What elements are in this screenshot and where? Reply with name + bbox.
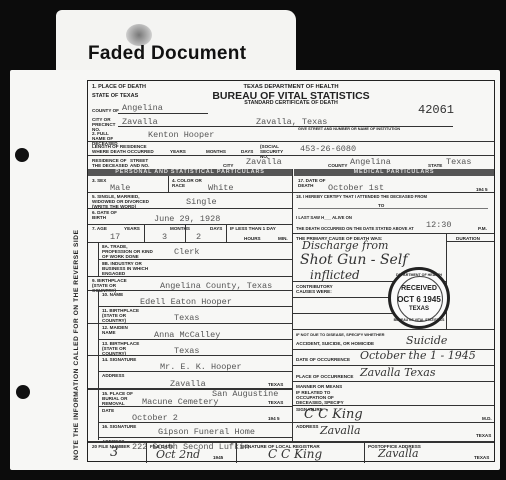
certificate-number: 42061: [418, 103, 454, 117]
accident-label: ACCIDENT, SUICIDE, OR HOMICIDE: [296, 341, 374, 346]
divider: [144, 224, 145, 242]
personal-section-header: PERSONAL AND STATISTICAL PARTICULARS: [88, 169, 292, 176]
divider: [168, 176, 169, 192]
residence-state: Texas: [446, 157, 472, 167]
divider: [98, 437, 292, 438]
informant-signature-label: 14. SIGNATURE: [102, 357, 136, 362]
death-occurred-label: THE DEATH OCCURRED ON THE DATE STATED AB…: [296, 226, 414, 231]
divider: [88, 208, 292, 209]
stamp-state: TEXAS: [391, 306, 447, 312]
divider: [364, 441, 365, 463]
burial-date-label: DATE: [102, 408, 114, 413]
residence-label: RESIDENCE OF THE DECEASED: [92, 158, 128, 168]
received-stamp: DEPARTMENT OF HEALTH RECEIVED OCT 6 1945…: [388, 267, 450, 329]
postoffice-address: Zavalla: [378, 447, 419, 460]
accident-value: Suicide: [406, 334, 447, 347]
age-days-label: DAYS: [210, 226, 222, 231]
death-time: 12:30: [426, 220, 452, 230]
residence-county: Angelina: [350, 157, 391, 167]
divider: [292, 405, 494, 406]
contributory-label: CONTRIBUTORY CAUSES WERE:: [296, 284, 336, 294]
sex-label: 3. SEX: [92, 178, 106, 183]
divider: [98, 406, 292, 407]
age-years: 17: [110, 232, 120, 242]
dob-value: June 29, 1928: [154, 214, 220, 224]
certify-label: 18. I HEREBY CERTIFY THAT I ATTENDED THE…: [296, 194, 427, 199]
file-number: 3: [110, 445, 118, 460]
divider: [446, 233, 447, 329]
divider: [88, 276, 292, 277]
divider: [118, 113, 208, 114]
divider: [98, 290, 99, 440]
divider: [88, 323, 292, 324]
min-label: MIN.: [278, 236, 288, 241]
street-hint: GIVE STREET AND NUMBER OR NAME OF INSTIT…: [298, 127, 400, 132]
dob-label: 6. DATE OF BIRTH: [92, 210, 122, 220]
county-label: COUNTY OF: [92, 108, 119, 113]
age-months-label: MONTHS: [170, 226, 190, 231]
residence-state-label: STATE: [428, 163, 442, 168]
burial-note: San Augustine: [212, 389, 278, 399]
divider: [446, 241, 494, 242]
cause-line-2: Shot Gun - Self: [300, 252, 408, 268]
death-county: Angelina: [122, 103, 163, 113]
divider: [88, 242, 292, 243]
residence-city: Zavalla: [246, 157, 282, 167]
occupation-label: IF RELATED TO OCCUPATION OF DECEASED, SP…: [296, 390, 356, 405]
stamp-top-arc: DEPARTMENT OF HEALTH: [391, 273, 447, 277]
occurrence-date-label: DATE OF OCCURRENCE: [296, 357, 350, 362]
occurrence-place-label: PLACE OF OCCURRENCE: [296, 374, 353, 379]
years-label: YEARS: [170, 149, 186, 154]
less-than-day-label: IF LESS THAN 1 DAY: [230, 226, 276, 231]
physician-address-label: ADDRESS: [296, 424, 318, 429]
divider: [98, 306, 292, 307]
divider: [146, 441, 147, 463]
mother-birthplace-label: 13. BIRTHPLACE (STATE OR COUNTRY): [102, 341, 142, 356]
residence-street-label: STREET AND NO.: [130, 158, 154, 168]
deceased-name: Kenton Hooper: [148, 130, 214, 140]
divider: [185, 224, 186, 242]
age-days: 2: [196, 232, 201, 242]
time-suffix: P.M.: [478, 226, 487, 231]
undertaker-signature: Gipson Funeral Home: [158, 427, 255, 437]
divider: [118, 126, 453, 127]
trade-label: 8A. TRADE, PROFESSION OR KIND OF WORK DO…: [102, 244, 154, 259]
father-birthplace-label: 11. BIRTHPLACE (STATE OR COUNTRY): [102, 308, 142, 323]
divider: [88, 224, 292, 225]
divider: [88, 290, 292, 291]
occurrence-date: October the 1 - 1945: [360, 349, 476, 362]
divider: [98, 259, 292, 260]
marital-label: 5. SINGLE, MARRIED, WIDOWED OR DIVORCED …: [92, 194, 154, 209]
hours-label: HOURS: [244, 236, 261, 241]
burial-year: 194 5: [268, 416, 280, 421]
months-label: MONTHS: [206, 149, 226, 154]
medical-section-header: MEDICAL PARTICULARS: [294, 169, 494, 176]
trade-value: Clerk: [174, 247, 200, 257]
informant-address-label: ADDRESS: [102, 373, 124, 378]
divider: [292, 192, 494, 193]
stamp-bottom-arc: BUREAU OF VITAL STATISTICS: [391, 318, 447, 322]
last-saw-label: I LAST SAW H___ ALIVE ON: [296, 215, 352, 220]
age-years-label: YEARS: [124, 226, 140, 231]
punch-hole: [16, 385, 30, 399]
divider: [98, 422, 292, 423]
not-disease-label: IF NOT DUE TO DISEASE, SPECIFY WHETHER: [296, 332, 385, 337]
color-label: 4. COLOR OR RACE: [172, 178, 202, 188]
physician-texas: TEXAS: [476, 433, 491, 438]
divider: [292, 381, 494, 382]
tab-label: Faded Document: [88, 43, 246, 65]
divider: [88, 355, 292, 356]
father-name-label: 10. NAME: [102, 292, 123, 297]
stamp-date: OCT 6 1945: [391, 295, 447, 304]
burial-texas: TEXAS: [268, 400, 283, 405]
reverse-side-note: NOTE THE INFORMATION CALLED FOR ON THE R…: [73, 229, 80, 460]
registrar-signature: C C King: [268, 447, 322, 461]
physician-signature: C C King: [304, 407, 363, 422]
divider: [98, 242, 99, 276]
residence-length-label: LENGTH OF RESIDENCE WHERE DEATH OCCURRED: [92, 144, 164, 154]
manner-label: MANNER OR MEANS: [296, 384, 342, 389]
divider: [292, 422, 494, 423]
cause-line-1: Discharge from: [302, 239, 388, 252]
burial-label: 15. PLACE OF BURIAL OR REMOVAL: [102, 391, 138, 406]
divider: [88, 192, 292, 193]
undertaker-signature-label: 16. SIGNATURE: [102, 424, 136, 429]
md-label: M.D.: [482, 416, 492, 421]
city-label: CITY OR PRECINCT NO.: [92, 117, 118, 132]
divider: [292, 233, 494, 234]
age-months: 3: [162, 232, 167, 242]
divider: [226, 224, 227, 242]
days-label: DAYS: [241, 149, 253, 154]
file-year: 1945: [213, 455, 223, 460]
physician-address: Zavalla: [320, 424, 361, 437]
divider: [88, 155, 494, 156]
residence-county-label: COUNTY: [328, 163, 347, 168]
file-date: Oct 2nd: [156, 448, 200, 461]
marital-value: Single: [186, 197, 217, 207]
divider: [236, 441, 237, 463]
occurrence-place: Zavalla Texas: [360, 366, 435, 379]
postoffice-texas: TEXAS: [474, 455, 489, 460]
age-label: 7. AGE: [92, 226, 107, 231]
ssn-value: 453-26-6080: [300, 144, 356, 154]
industry-label: 8B. INDUSTRY OR BUSINESS IN WHICH ENGAGE…: [102, 261, 154, 276]
divider: [292, 329, 494, 330]
date-of-death-label: 17. DATE OF DEATH: [298, 178, 328, 188]
divider: [98, 339, 292, 340]
residence-city-label: CITY: [223, 163, 233, 168]
divider: [98, 371, 292, 372]
mother-maiden-label: 12. MAIDEN NAME: [102, 325, 132, 335]
divider: [88, 441, 494, 443]
cause-line-3: inflicted: [310, 268, 360, 282]
column-divider: [292, 169, 293, 441]
informant-texas: TEXAS: [268, 382, 283, 387]
father-birthplace: Texas: [174, 313, 200, 323]
stamp-received: RECEIVED: [391, 285, 447, 292]
divider: [298, 208, 488, 209]
divider: [88, 141, 494, 142]
punch-hole: [15, 148, 29, 162]
